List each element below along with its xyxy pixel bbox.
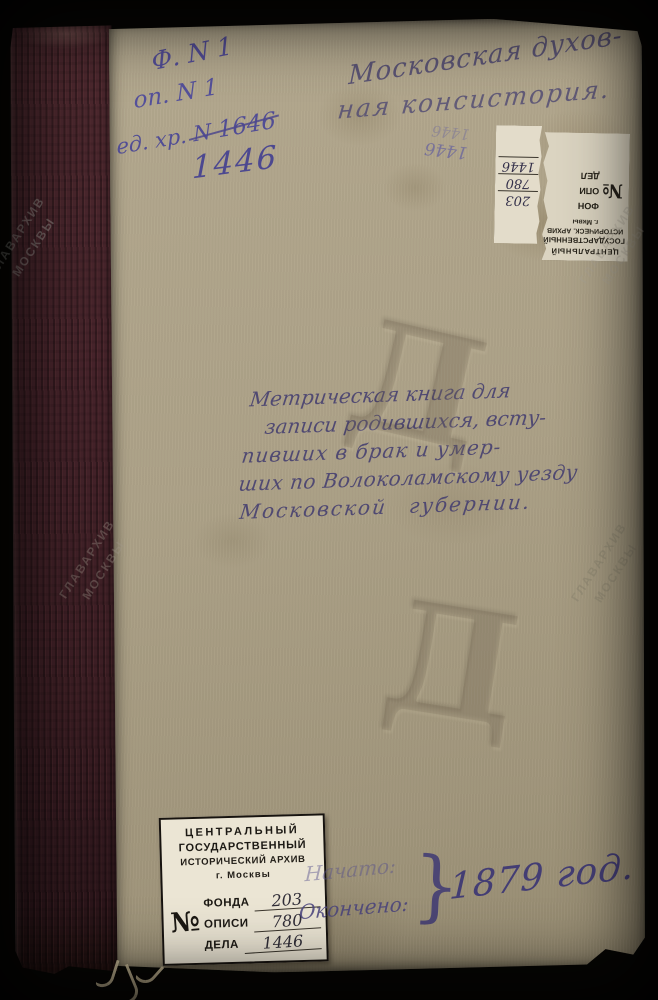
inv-org-line3: ИСТОРИЧЕСК. АРХИВ bbox=[545, 226, 625, 235]
inv-org-line2: ГОСУДАРСТВЕННЫЙ bbox=[545, 235, 625, 246]
inv-fond-value: 203 bbox=[498, 190, 538, 208]
label-piece-numbers: 203 780 1446 bbox=[494, 125, 542, 244]
archive-org-line1: ЦЕНТРАЛЬНЫЙ bbox=[166, 824, 318, 840]
delo-row: ДЕЛА 1446 bbox=[204, 929, 321, 953]
archive-org-line4: г. Москвы bbox=[167, 867, 319, 882]
book-spine bbox=[9, 24, 119, 975]
inv-org-line1: ЦЕНТРАЛЬНЫЙ bbox=[545, 246, 625, 257]
inv-fond-label: ФОН bbox=[578, 198, 599, 213]
archive-org-line3: ИСТОРИЧЕСКИЙ АРХИВ bbox=[167, 854, 319, 869]
cover-front: Ф. N 1 оп. N 1 ед. хр. N 1646 1446 Моско… bbox=[109, 18, 649, 974]
accession-block: Ф. N 1 оп. N 1 ед. хр. N 1646 1446 bbox=[109, 18, 642, 22]
thread-fray bbox=[113, 964, 142, 1000]
inverted-archive-label: ЦЕНТРАЛЬНЫЙ ГОСУДАРСТВЕННЫЙ ИСТОРИЧЕСК. … bbox=[492, 123, 631, 262]
archive-label: ЦЕНТРАЛЬНЫЙ ГОСУДАРСТВЕННЫЙ ИСТОРИЧЕСКИЙ… bbox=[159, 813, 329, 966]
inv-delo-label: ДЕЛ bbox=[578, 168, 599, 183]
inv-opis-label: ОПИ bbox=[578, 183, 599, 198]
opis-row-label: ОПИСИ bbox=[204, 917, 249, 932]
photo-background: Ф. N 1 оп. N 1 ед. хр. N 1646 1446 Моско… bbox=[0, 0, 658, 1000]
old-number-struck: 1646 bbox=[217, 108, 276, 144]
inv-delo-value: 1446 bbox=[498, 156, 538, 174]
inv-numero-sign: № bbox=[602, 180, 623, 202]
book-cover: Ф. N 1 оп. N 1 ед. хр. N 1646 1446 Моско… bbox=[9, 16, 652, 978]
new-number: 1446 bbox=[192, 139, 279, 187]
inv-org-line4: г. Мквы bbox=[545, 217, 625, 226]
title-inscription: Метрическая книга для записи родившихся,… bbox=[235, 373, 612, 526]
opis-number-line: оп. N 1 bbox=[133, 74, 219, 114]
inverted-number-note: 1446 1446 bbox=[424, 121, 471, 162]
label-piece-printed: ЦЕНТРАЛЬНЫЙ ГОСУДАРСТВЕННЫЙ ИСТОРИЧЕСК. … bbox=[542, 132, 630, 262]
delo-row-value: 1446 bbox=[243, 931, 321, 954]
year-value: 1879 год. bbox=[448, 846, 635, 908]
fond-row-label: ФОНДА bbox=[203, 896, 249, 911]
delo-row-label: ДЕЛА bbox=[204, 939, 239, 954]
fond-number-line: Ф. N 1 bbox=[150, 31, 233, 76]
inv-opis-value: 780 bbox=[498, 173, 538, 191]
archive-org-line2: ГОСУДАРСТВЕННЫЙ bbox=[166, 839, 318, 855]
numero-sign: № bbox=[169, 906, 201, 939]
